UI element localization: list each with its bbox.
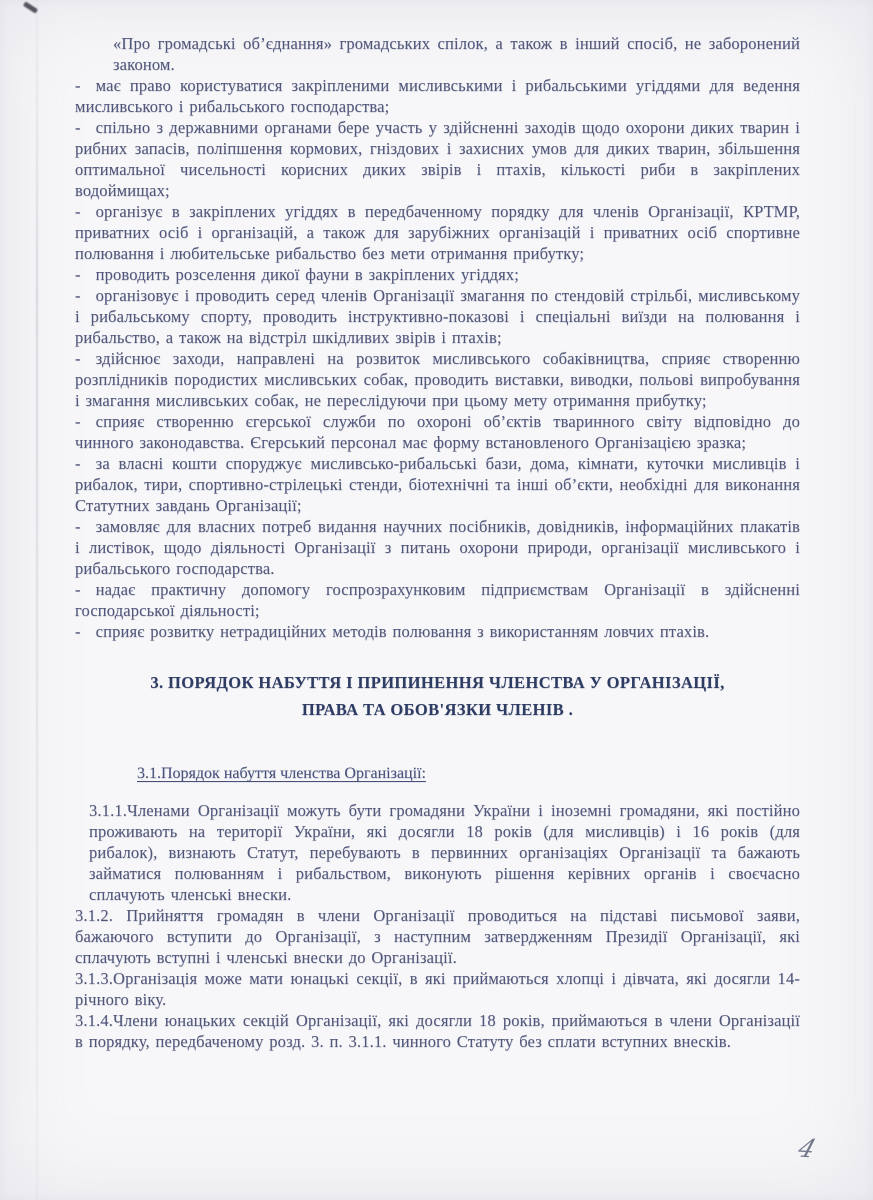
bullet-item: -сприяє створенню єгерської служби по ох… (75, 411, 800, 453)
bullet-text: організовує і проводить серед членів Орг… (75, 286, 800, 347)
bullet-dash: - (75, 286, 96, 305)
bullet-text: спільно з державними органами бере участ… (75, 118, 800, 200)
bullet-text: сприяє створенню єгерської служби по охо… (75, 412, 800, 452)
bullet-item: -спільно з державними органами бере учас… (75, 117, 800, 201)
bullet-dash: - (75, 76, 96, 95)
bullet-text: надає практичну допомогу госпрозрахунков… (75, 580, 800, 620)
bullet-item: -сприяє розвитку нетрадиційних методів п… (75, 621, 800, 642)
bullet-text: замовляє для власних потреб видання науч… (75, 517, 800, 578)
subsection-heading: 3.1.Порядок набуття членства Організації… (137, 763, 800, 784)
clause-3-1-1: 3.1.1.Членами Організації можуть бути гр… (89, 800, 800, 905)
continuation-paragraph: «Про громадські об’єднання» громадських … (113, 33, 800, 75)
bullet-text: сприяє розвитку нетрадиційних методів по… (96, 622, 710, 641)
clause-3-1-2: 3.1.2. Прийняття громадян в члени Органі… (75, 905, 800, 968)
bullet-item: -організує в закріплених угіддях в перед… (75, 201, 800, 264)
scanned-document-page: «Про громадські об’єднання» громадських … (0, 0, 873, 1200)
clause-list: 3.1.1.Членами Організації можуть бути гр… (75, 800, 800, 1052)
clause-3-1-4: 3.1.4.Члени юнацьких секцій Організації,… (75, 1010, 800, 1052)
bullet-dash: - (75, 202, 96, 221)
bullet-dash: - (75, 118, 96, 137)
bullet-dash: - (75, 412, 96, 431)
bullet-item: -за власні кошти споруджує мисливсько-ри… (75, 453, 800, 516)
bullet-dash: - (75, 349, 96, 368)
clause-3-1-3: 3.1.3.Організація може мати юнацькі секц… (75, 968, 800, 1010)
bullet-text: здійснює заходи, направлені на розвиток … (75, 349, 800, 410)
section-heading-line2: ПРАВА ТА ОБОВ'ЯЗКИ ЧЛЕНІВ . (75, 696, 800, 723)
handwritten-page-number: 4 (795, 1133, 820, 1163)
bullet-text: за власні кошти споруджує мисливсько-риб… (75, 454, 800, 515)
bullet-item: -замовляє для власних потреб видання нау… (75, 516, 800, 579)
section-heading-line1: 3. ПОРЯДОК НАБУТТЯ І ПРИПИНЕННЯ ЧЛЕНСТВА… (75, 669, 800, 696)
page-content: «Про громадські об’єднання» громадських … (0, 0, 873, 1052)
bullet-item: -проводить розселення дикої фауни в закр… (75, 264, 800, 285)
bullet-dash: - (75, 580, 96, 599)
bullet-dash: - (75, 265, 96, 284)
bullet-item: -надає практичну допомогу госпрозрахунко… (75, 579, 800, 621)
bullet-text: має право користуватися закріпленими мис… (75, 76, 800, 116)
bullet-item: -здійснює заходи, направлені на розвиток… (75, 348, 800, 411)
bullet-dash: - (75, 622, 96, 641)
activities-bullet-list: -має право користуватися закріпленими ми… (75, 75, 800, 642)
bullet-item: -організовує і проводить серед членів Ор… (75, 285, 800, 348)
bullet-text: проводить розселення дикої фауни в закрі… (96, 265, 519, 284)
bullet-text: організує в закріплених угіддях в передб… (75, 202, 800, 263)
bullet-dash: - (75, 454, 96, 473)
bullet-item: -має право користуватися закріпленими ми… (75, 75, 800, 117)
bullet-dash: - (75, 517, 96, 536)
section-heading: 3. ПОРЯДОК НАБУТТЯ І ПРИПИНЕННЯ ЧЛЕНСТВА… (75, 669, 800, 723)
